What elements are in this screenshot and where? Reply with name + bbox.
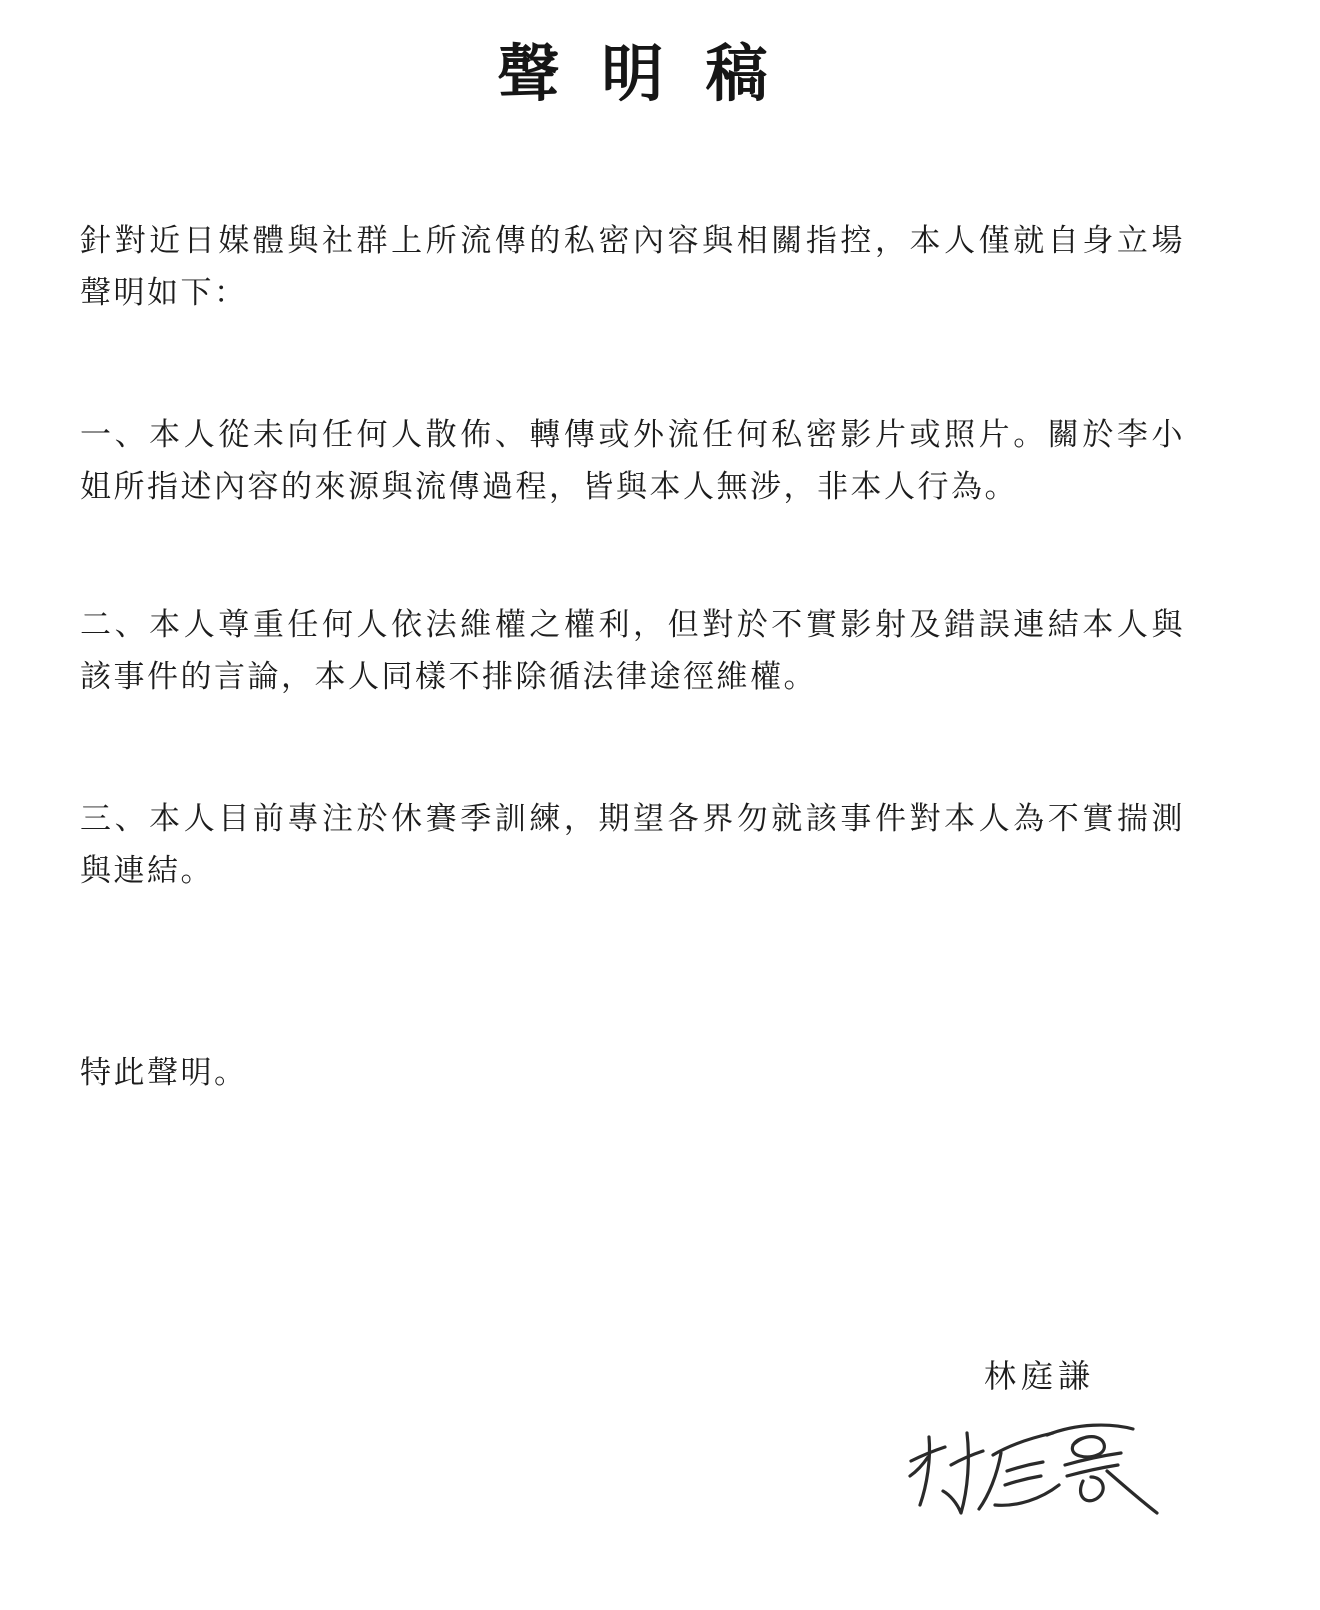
intro-paragraph: 針對近日媒體與社群上所流傳的私密內容與相關指控，本人僅就自身立場聲明如下： [80,215,1185,319]
document-title: 聲明稿 [80,24,1185,113]
signer-name: 林庭謙 [984,1351,1153,1397]
signature-block: 林庭謙 [80,1351,1185,1533]
statement-point-2: 二、本人尊重任何人依法維權之權利，但對於不實影射及錯誤連結本人與該事件的言論，本… [80,599,1185,703]
statement-point-1: 一、本人從未向任何人散佈、轉傳或外流任何私密影片或照片。關於李小姐所指述內容的來… [80,409,1185,513]
statement-point-3: 三、本人目前專注於休賽季訓練，期望各界勿就該事件對本人為不實揣測與連結。 [80,793,1185,897]
closing-statement: 特此聲明。 [80,1047,1185,1099]
statement-document-page: 聲明稿 針對近日媒體與社群上所流傳的私密內容與相關指控，本人僅就自身立場聲明如下… [0,0,1320,1610]
signature-icon [895,1413,1165,1533]
